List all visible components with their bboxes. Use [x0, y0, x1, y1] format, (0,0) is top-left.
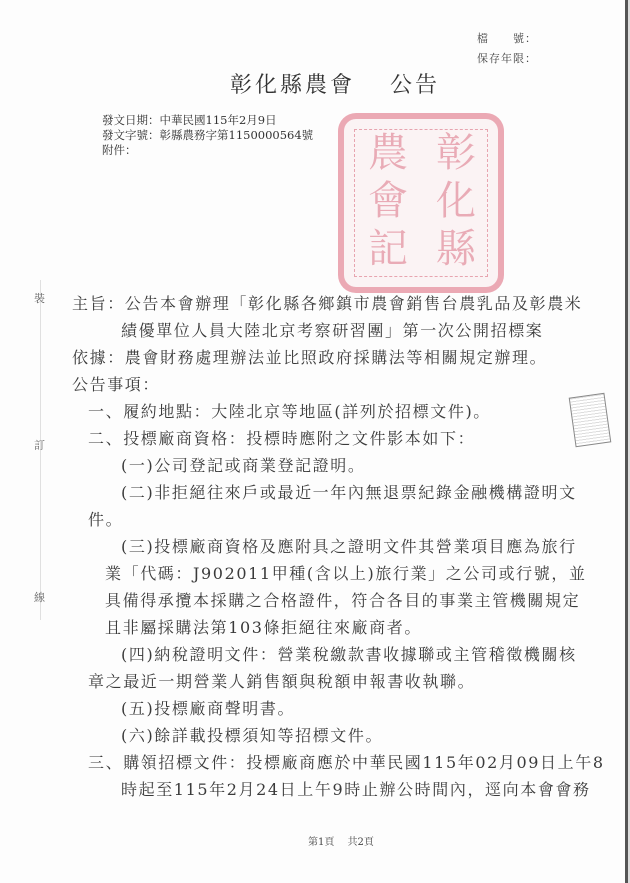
- attachment-label: 附件：: [102, 142, 137, 158]
- receipt-stamp-icon: [569, 393, 612, 448]
- issue-date: 發文日期：中華民國115年2月9日: [102, 112, 277, 128]
- retention-period-label: 保存年限：: [477, 50, 537, 66]
- sub-item-1: (一)公司登記或商業登記證明。: [121, 453, 366, 476]
- document-number: 發文字號：彰縣農務字第1150000564號: [102, 127, 313, 143]
- item-1: 一、履約地點：大陸北京等地區(詳列於招標文件)。: [88, 399, 491, 422]
- page-number: 第1頁 共2頁: [308, 833, 374, 848]
- binding-mark-xian: 線: [34, 589, 45, 605]
- items-heading: 公告事項：: [72, 372, 160, 395]
- sub-item-3-line-3: 具備得承攬本採購之合格證件，符合各目的事業主管機關規定: [105, 588, 580, 611]
- basis-line: 依據：農會財務處理辦法並比照政府採購法等相關規定辦理。: [72, 345, 547, 368]
- seal-glyph: 會: [368, 179, 408, 223]
- document-title: 彰化縣農會 公告: [230, 68, 440, 99]
- item-2: 二、投標廠商資格：投標時應附之文件影本如下：: [88, 426, 475, 449]
- official-seal: 彰 化 縣 農 會 記: [338, 113, 504, 293]
- sub-item-5: (五)投標廠商聲明書。: [121, 696, 295, 719]
- subject-line-2: 績優單位人員大陸北京考察研習團」第一次公開招標案: [121, 318, 543, 341]
- sub-item-3-line-4: 且非屬採購法第103條拒絕往來廠商者。: [105, 615, 422, 638]
- sub-item-4-line-2: 章之最近一期營業人銷售額與稅額申報書收執聯。: [88, 669, 475, 692]
- item-3-line-2: 時起至115年2月24日上午9時止辦公時間內，逕向本會會務: [121, 777, 591, 800]
- seal-glyph: 彰: [436, 131, 476, 175]
- item-3-line-1: 三、購領招標文件：投標廠商應於中華民國115年02月09日上午8: [88, 750, 605, 773]
- seal-glyph: 農: [368, 131, 408, 175]
- file-number-label: 檔 號：: [477, 30, 537, 46]
- sub-item-3-line-2: 業「代碼：J902011甲種(含以上)旅行業」之公司或行號，並: [105, 561, 587, 584]
- sub-item-4-line-1: (四)納稅證明文件：營業稅繳款書收據聯或主管稽徵機關核: [121, 642, 577, 665]
- seal-glyph: 縣: [436, 227, 476, 271]
- sub-item-3-line-1: (三)投標廠商資格及應附具之證明文件其營業項目應為旅行: [121, 534, 577, 557]
- sub-item-2-line-1: (二)非拒絕往來戶或最近一年內無退票紀錄金融機構證明文: [121, 480, 577, 503]
- binding-mark-ding: 訂: [34, 437, 45, 453]
- seal-glyph: 記: [368, 227, 408, 271]
- seal-glyph: 化: [436, 179, 476, 223]
- document-page: 檔 號： 保存年限： 彰化縣農會 公告 發文日期：中華民國115年2月9日 發文…: [0, 0, 630, 883]
- sub-item-6: (六)餘詳載投標須知等招標文件。: [121, 723, 383, 746]
- subject-line-1: 主旨：公告本會辦理「彰化縣各鄉鎮市農會銷售台農乳品及彰農米: [72, 291, 582, 314]
- binding-mark-zhuang: 裝: [34, 290, 45, 306]
- sub-item-2-line-2: 件。: [88, 507, 123, 530]
